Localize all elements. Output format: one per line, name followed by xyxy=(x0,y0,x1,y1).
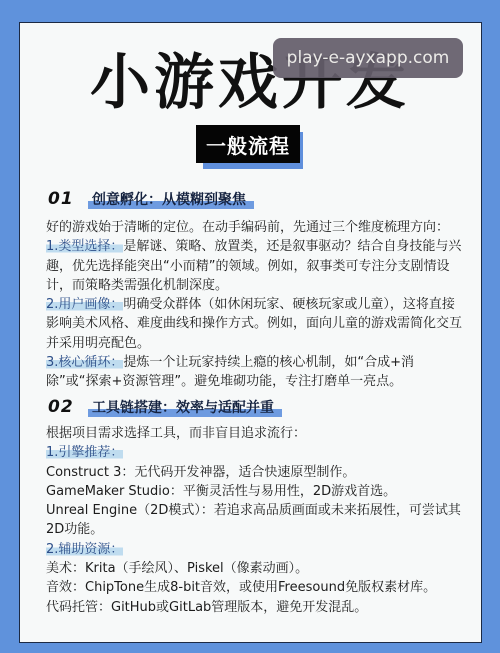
subtitle-label: 一般流程 xyxy=(196,125,300,163)
item-label: 3.核心循环： xyxy=(46,355,123,370)
list-item: 代码托管：GitHub或GitLab管理版本，避免开发混乱。 xyxy=(46,598,466,617)
group-label-text: 2.辅助资源： xyxy=(46,542,123,557)
list-item: 3.核心循环：提炼一个让玩家持续上瘾的核心机制，如“合成+消除”或“探索+资源管… xyxy=(46,353,466,392)
group-label: 1.引擎推荐： xyxy=(46,443,466,462)
section-heading-01: 01 创意孵化：从模糊到聚焦 xyxy=(48,188,250,210)
watermark-badge: play-e-ayxapp.com xyxy=(273,38,463,78)
list-item: GameMaker Studio：平衡灵活性与易用性，2D游戏首选。 xyxy=(46,482,466,501)
section-number: 02 xyxy=(48,397,88,417)
list-item: 1.类型选择：是解谜、策略、放置类，还是叙事驱动？结合自身技能与兴趣，优先选择能… xyxy=(46,237,466,295)
list-item: 2.用户画像：明确受众群体（如休闲玩家、硬核玩家或儿童），这将直接影响美术风格、… xyxy=(46,295,466,353)
section-body-02: 根据项目需求选择工具，而非盲目追求流行： 1.引擎推荐： Construct 3… xyxy=(46,424,466,617)
list-item: Construct 3：无代码开发神器，适合快速原型制作。 xyxy=(46,463,466,482)
section-intro: 根据项目需求选择工具，而非盲目追求流行： xyxy=(46,424,466,443)
item-label: 1.类型选择： xyxy=(46,239,123,254)
section-title: 创意孵化：从模糊到聚焦 xyxy=(88,189,250,209)
list-item: 音效：ChipTone生成8-bit音效，或使用Freesound免版权素材库。 xyxy=(46,578,466,597)
list-item: Unreal Engine（2D模式）：若追求高品质画面或未来拓展性，可尝试其2… xyxy=(46,501,466,540)
section-body-01: 好的游戏始于清晰的定位。在动手编码前，先通过三个维度梳理方向： 1.类型选择：是… xyxy=(46,218,466,392)
list-item: 美术：Krita（手绘风）、Piskel（像素动画）。 xyxy=(46,559,466,578)
group-label-text: 1.引擎推荐： xyxy=(46,445,123,460)
section-title-text: 创意孵化：从模糊到聚焦 xyxy=(92,192,246,208)
group-label: 2.辅助资源： xyxy=(46,540,466,559)
subtitle-badge: 一般流程 xyxy=(196,125,300,163)
item-label: 2.用户画像： xyxy=(46,297,123,312)
section-intro: 好的游戏始于清晰的定位。在动手编码前，先通过三个维度梳理方向： xyxy=(46,218,466,237)
section-heading-02: 02 工具链搭建：效率与适配并重 xyxy=(48,396,278,418)
section-number: 01 xyxy=(48,189,88,209)
section-title-text: 工具链搭建：效率与适配并重 xyxy=(92,400,274,416)
section-title: 工具链搭建：效率与适配并重 xyxy=(88,397,278,417)
